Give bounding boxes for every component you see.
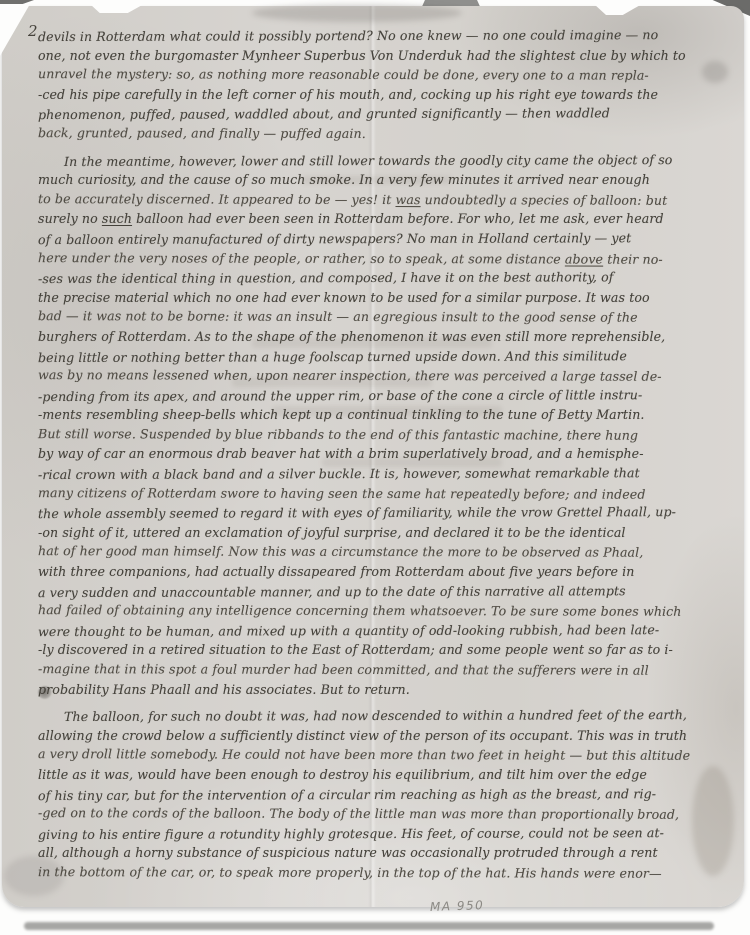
manuscript-line: a very droll little somebody. He could n… [38,744,728,765]
paragraph: In the meantime, however, lower and stil… [38,151,728,700]
manuscript-line: were thought to be human, and mixed up w… [38,620,728,642]
manuscript-line: allowing the crowd below a sufficiently … [38,726,728,746]
manuscript-line: In the meantime, however, lower and stil… [38,149,728,171]
manuscript-page: 2 devils in Rotterdam what could it poss… [2,6,744,907]
manuscript-line: little as it was, would have been enough… [38,765,728,785]
manuscript-line: -magine that in this spot a foul murder … [38,659,728,680]
manuscript-line: The balloon, for such no doubt it was, h… [38,705,728,727]
manuscript-line: -on sight of it, uttered an exclamation … [38,523,728,543]
manuscript-line: by way of car an enormous drab beaver ha… [38,444,728,464]
manuscript-line: -pending from its apex, and around the u… [38,385,728,407]
manuscript-line: -ments resembling sheep-bells which kept… [38,405,728,425]
manuscript-line: probability Hans Phaall and his associat… [38,680,728,700]
manuscript-line: burghers of Rotterdam. As to the shape o… [38,327,728,347]
paper-shadow [24,922,714,930]
manuscript-line: many citizens of Rotterdam swore to havi… [38,483,728,504]
paragraph: The balloon, for such no doubt it was, h… [38,706,728,882]
manuscript-line: of his tiny car, but for the interventio… [38,783,728,805]
manuscript-line: much curiosity, and the cause of so much… [38,170,728,190]
manuscript-text: devils in Rotterdam what could it possib… [38,26,728,883]
manuscript-line: giving to his entire figure a rotundity … [38,823,728,845]
manuscript-line: to be accurately discerned. It appeared … [38,189,728,210]
manuscript-line: one, not even the burgomaster Mynheer Su… [38,46,728,66]
catalog-number: MA 950 [430,898,485,914]
manuscript-line: being little or nothing better than a hu… [38,345,728,367]
manuscript-line: the whole assembly seemed to regard it w… [38,502,728,524]
manuscript-line: with three companions, had actually diss… [38,562,728,582]
torn-edge [594,4,642,15]
manuscript-line: -ses was the identical thing in question… [38,267,728,289]
manuscript-line: unravel the mystery: so, as nothing more… [38,64,728,85]
manuscript-line: a very sudden and unaccountable manner, … [38,581,728,603]
manuscript-line: bad — it was not to be borne: it was an … [38,306,728,327]
manuscript-line: surely no such balloon had ever been see… [38,209,728,229]
manuscript-line: back, grunted, paused, and finally — puf… [38,123,728,144]
paper-stain [252,4,462,22]
manuscript-line: phenomenon, puffed, paused, waddled abou… [38,103,728,125]
manuscript-line: But still worse. Suspended by blue ribba… [38,424,728,445]
manuscript-line: all, although a horny substance of suspi… [38,843,728,863]
manuscript-line: in the bottom of the car, or, to speak m… [38,862,728,883]
torn-edge [0,4,30,56]
manuscript-line: had failed of obtaining any intelligence… [38,600,728,621]
manuscript-line: hat of her good man himself. Now this wa… [38,542,728,563]
manuscript-line: of a balloon entirely manufactured of di… [38,228,728,250]
manuscript-line: -ged on to the cords of the balloon. The… [38,803,728,824]
manuscript-line: the precise material which no one had ev… [38,288,728,308]
manuscript-line: devils in Rotterdam what could it possib… [38,25,728,47]
paragraph: devils in Rotterdam what could it possib… [38,26,728,144]
scan-background: 2 devils in Rotterdam what could it poss… [0,0,750,935]
page-number: 2 [28,22,38,40]
torn-edge [90,4,144,13]
manuscript-line: -ly discovered in a retired situation to… [38,640,728,660]
manuscript-line: was by no means lessened when, upon near… [38,365,728,386]
manuscript-line: here under the very noses of the people,… [38,248,728,269]
manuscript-line: -rical crown with a black band and a sil… [38,463,728,485]
manuscript-line: -ced his pipe carefully in the left corn… [38,85,728,105]
